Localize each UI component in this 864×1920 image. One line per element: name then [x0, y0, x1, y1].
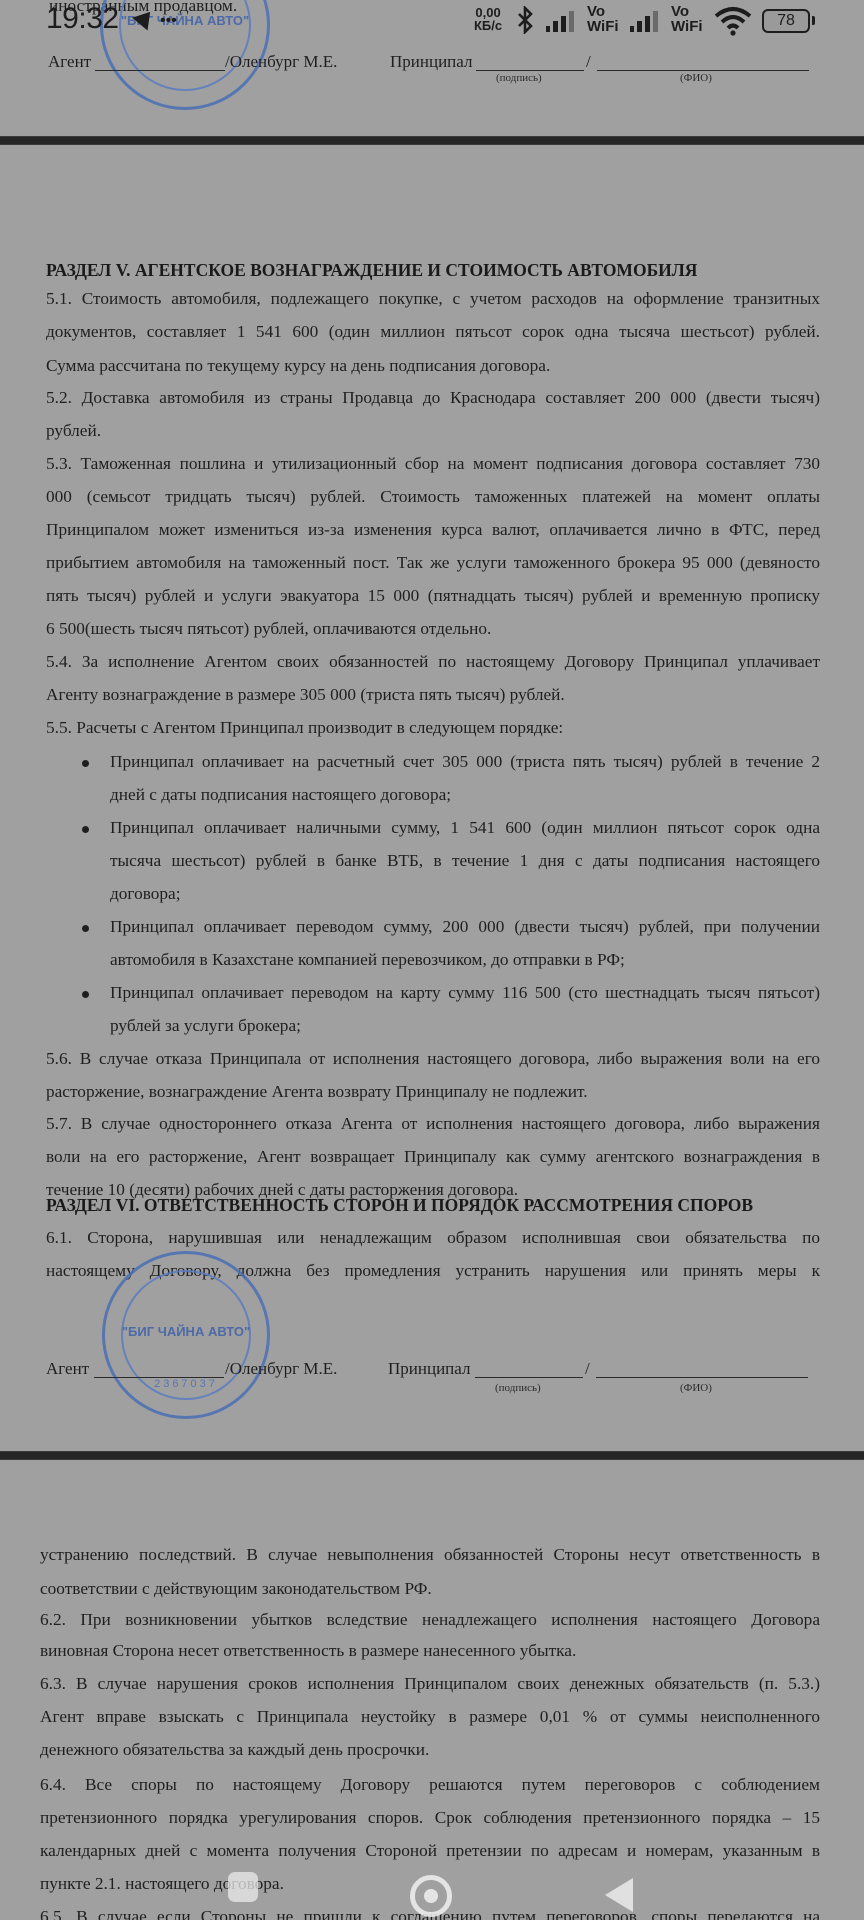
bullet-line: Принципал оплачивает переводом на карту …	[110, 983, 820, 1003]
principal-label: Принципал	[388, 1359, 470, 1379]
battery-icon: 78	[762, 9, 810, 33]
caption-name: (ФИО)	[680, 1382, 712, 1394]
clause-line: 5.1. Стоимость автомобиля, подлежащего п…	[46, 289, 820, 309]
signature-separator: /	[585, 1359, 590, 1379]
caption-signature: (подпись)	[496, 72, 542, 84]
bullet-line: тысяча шестьсот) рублей в банке ВТБ, в т…	[110, 851, 820, 871]
clause-line: 6.4. Все споры по настоящему Договору ре…	[40, 1775, 820, 1795]
status-bar: 19:32 ••• 0,00 КБ/с Vo WiFi Vo WiFi 78	[0, 0, 864, 42]
clause-line: расторжение, вознаграждение Агента возвр…	[46, 1082, 820, 1102]
clause-line: 6 500(шесть тысяч пятьсот) рублей, оплач…	[46, 619, 820, 639]
caption-name: (ФИО)	[680, 72, 712, 84]
clause-line: 5.3. Таможенная пошлина и утилизационный…	[46, 454, 820, 474]
signal-icon	[630, 10, 664, 34]
agent-label: Агент	[48, 52, 91, 72]
bullet-icon	[82, 925, 89, 932]
clause-line: пять тысяч) рублей и услуги эвакуатора 1…	[46, 586, 820, 606]
agent-name: /Оленбург М.Е.	[225, 52, 337, 72]
agent-signature-line	[94, 1377, 224, 1378]
agent-name: /Оленбург М.Е.	[225, 1359, 337, 1379]
agent-label: Агент	[46, 1359, 89, 1379]
bullet-line: рублей за услуги брокера;	[110, 1016, 820, 1036]
clause-line: 6.2. При возникновении убытков вследстви…	[40, 1610, 820, 1630]
principal-signature-line	[476, 70, 584, 71]
bullet-line: Принципал оплачивает на расчетный счет 3…	[110, 752, 820, 772]
clause-line: 6.1. Сторона, нарушившая или ненадлежащи…	[46, 1228, 820, 1248]
document-page-2: РАЗДЕЛ V. АГЕНТСКОЕ ВОЗНАГРАЖДЕНИЕ И СТО…	[0, 146, 864, 1454]
battery-tip	[812, 16, 815, 25]
bullet-line: Принципал оплачивает переводом сумму, 20…	[110, 917, 820, 937]
clause-line: 000 (семьсот тридцать тысяч) рублей. Сто…	[46, 487, 820, 507]
clause-line: денежного обязательства за каждый день п…	[40, 1740, 814, 1760]
document-page-3: устранению последствий. В случае невыпол…	[0, 1461, 864, 1920]
bullet-icon	[82, 991, 89, 998]
navigation-arrow-icon	[132, 5, 158, 30]
clause-line: Агенту вознаграждение в размере 305 000 …	[46, 685, 820, 705]
caption-signature: (подпись)	[495, 1382, 541, 1394]
clause-line: 5.5. Расчеты с Агентом Принципал произво…	[46, 718, 820, 738]
network-speed-unit: КБ/с	[474, 19, 502, 32]
company-stamp: "БИГ ЧАЙНА АВТО" 2367037	[102, 1251, 270, 1419]
clause-line: календарных дней с момента получения Сто…	[40, 1841, 820, 1861]
clause-line: устранению последствий. В случае невыпол…	[40, 1545, 820, 1565]
clause-line: рублей.	[46, 421, 820, 441]
wifi-icon	[714, 6, 752, 36]
network-speed: 0,00 КБ/с	[474, 6, 502, 32]
clock: 19:32	[46, 2, 119, 36]
clause-line: 5.6. В случае отказа Принципала от испол…	[46, 1049, 820, 1069]
clause-line: 6.3. В случае нарушения сроков исполнени…	[40, 1674, 820, 1694]
clause-line: Сумма рассчитана по текущему курсу на де…	[46, 356, 820, 376]
bullet-icon	[82, 826, 89, 833]
bullet-line: автомобиля в Казахстане компанией перево…	[110, 950, 820, 970]
page-divider	[0, 136, 864, 145]
vowifi-label-2: Vo WiFi	[671, 4, 703, 34]
clause-line: воли на его расторжение, Агент возвращае…	[46, 1147, 820, 1167]
bullet-line: договора;	[110, 884, 820, 904]
back-button[interactable]	[605, 1878, 633, 1912]
home-button[interactable]	[410, 1875, 452, 1917]
clause-line: виновная Сторона несет ответственность в…	[40, 1641, 814, 1661]
clause-line: 5.7. В случае одностороннего отказа Аген…	[46, 1114, 820, 1134]
principal-name-line	[596, 1377, 808, 1378]
bluetooth-icon	[517, 6, 533, 34]
clause-line: соответствии с действующим законодательс…	[40, 1579, 814, 1599]
bullet-icon	[82, 760, 89, 767]
vowifi-label-1: Vo WiFi	[587, 4, 619, 34]
clause-line: 5.2. Доставка автомобиля из страны Прода…	[46, 388, 820, 408]
section-6-heading: РАЗДЕЛ VI. ОТВЕТСТВЕННОСТЬ СТОРОН И ПОРЯ…	[46, 1195, 753, 1216]
principal-name-line	[597, 70, 809, 71]
more-dots-icon: •••	[160, 12, 177, 30]
agent-signature-line	[95, 70, 225, 71]
stamp-number: 2367037	[105, 1378, 267, 1390]
clause-line: Принципалом может измениться из-за измен…	[46, 520, 820, 540]
signal-icon	[546, 10, 580, 34]
clause-line: документов, составляет 1 541 600 (один м…	[46, 322, 820, 342]
home-icon	[424, 1889, 438, 1903]
signature-separator: /	[586, 52, 591, 72]
principal-label: Принципал	[390, 52, 472, 72]
recent-apps-button[interactable]	[228, 1872, 258, 1902]
clause-line: претензионного порядка урегулирования сп…	[40, 1808, 820, 1828]
bullet-line: Принципал оплачивает наличными сумму, 1 …	[110, 818, 820, 838]
section-5-heading: РАЗДЕЛ V. АГЕНТСКОЕ ВОЗНАГРАЖДЕНИЕ И СТО…	[46, 260, 697, 281]
clause-line: Агент вправе взыскать с Принципала неуст…	[40, 1707, 820, 1727]
principal-signature-line	[475, 1377, 583, 1378]
clause-line: 5.4. За исполнение Агентом своих обязанн…	[46, 652, 820, 672]
clause-line: прибытием автомобиля на таможенный пост.…	[46, 553, 820, 573]
stamp-company-name: "БИГ ЧАЙНА АВТО"	[105, 1324, 267, 1339]
page-divider	[0, 1451, 864, 1460]
bullet-line: дней с даты подписания настоящего догово…	[110, 785, 820, 805]
